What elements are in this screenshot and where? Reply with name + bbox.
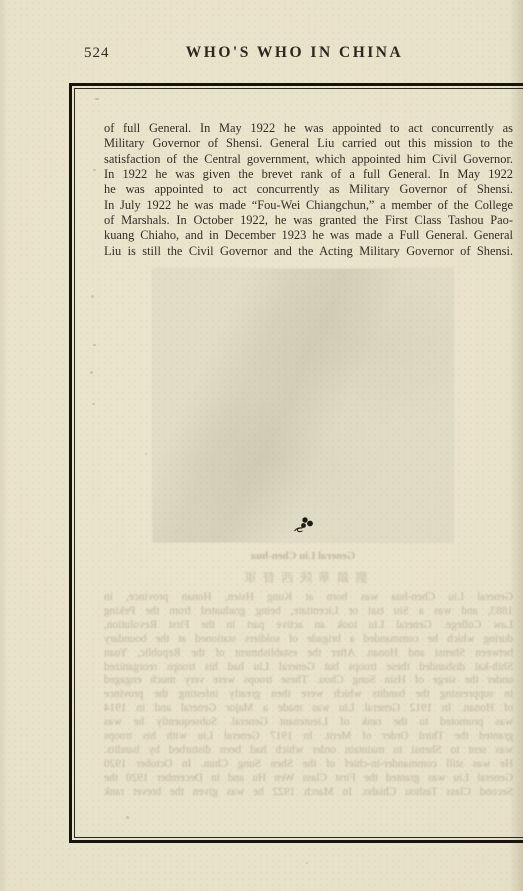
paragraph-line: In 1922 he was given the brevet rank of … — [104, 167, 513, 182]
paragraph-line: satisfaction of the Central government, … — [104, 152, 513, 167]
paragraph-line: Military Governor of Shensi. General Liu… — [104, 136, 513, 151]
bleed-through-line: in suppressing the bandits which were th… — [104, 688, 513, 702]
paper-speck — [95, 98, 99, 100]
bleed-through-caption: General Liu Chen-hua — [153, 550, 453, 562]
bleed-through-line: was promoted to the rank of Lieutenant G… — [104, 716, 513, 730]
bleed-through-line: He was still commander-in-chief of the S… — [104, 758, 513, 772]
bleed-through-line: between Shensi and Honan. After the esta… — [104, 647, 513, 661]
bleed-through-caption-chinese: 劉鎮華陝西督軍 — [153, 568, 453, 586]
paragraph-line: of full General. In May 1922 he was appo… — [104, 121, 513, 136]
bleed-through-line: 1883, and was a Siu tsai or Licentiate, … — [104, 605, 513, 619]
paragraph-line: Liu is still the Civil Governor and the … — [104, 244, 513, 259]
paper-speck — [126, 816, 129, 819]
bleed-through-line: General Liu Chen-hua was born at Kung Hs… — [104, 591, 513, 605]
paragraph-line: kuang Chiaho, and in December 1923 he wa… — [104, 228, 513, 243]
paper-speck — [306, 862, 308, 864]
bleed-through-paragraph: General Liu Chen-hua was born at Kung Hs… — [104, 591, 513, 800]
bleed-through-photo — [153, 269, 453, 542]
bleed-through-line: Shih-kai disbanded these troops but Gene… — [104, 661, 513, 675]
bleed-through-line: during which he commanded a brigade of s… — [104, 633, 513, 647]
bleed-through-line: Second Class Tashou Chiaho. In March 192… — [104, 786, 513, 800]
book-page: 524 WHO'S WHO IN CHINA of full General. … — [0, 0, 523, 891]
running-head-title: WHO'S WHO IN CHINA — [66, 44, 523, 62]
paper-speck — [145, 453, 147, 455]
biography-paragraph: of full General. In May 1922 he was appo… — [104, 121, 513, 259]
ink-blot-mark — [291, 515, 315, 537]
bleed-through-line: General Liu was granted the First Class … — [104, 772, 513, 786]
paragraph-line: he was appointed to act concurrently as … — [104, 182, 513, 197]
bleed-through-line: was sent to Shensi to maintain order whi… — [104, 744, 513, 758]
paper-speck — [91, 295, 94, 298]
paragraph-line: In July 1922 he was made “Fou-Wei Chiang… — [104, 198, 513, 213]
paragraph-line: of Marshals. In October 1922, he was gra… — [104, 213, 513, 228]
bleed-through-line: Law College. General Liu took an active … — [104, 619, 513, 633]
paper-speck — [92, 403, 95, 405]
paper-speck — [93, 344, 96, 346]
bleed-through-line: under the siege of Hsin Sung Chou. These… — [104, 674, 513, 688]
paper-speck — [93, 169, 96, 171]
paper-speck — [90, 371, 93, 374]
bleed-through-line: of Honan. In 1912 General Liu was made a… — [104, 702, 513, 716]
bleed-through-line: granted the Third Order of Merit. In 191… — [104, 730, 513, 744]
